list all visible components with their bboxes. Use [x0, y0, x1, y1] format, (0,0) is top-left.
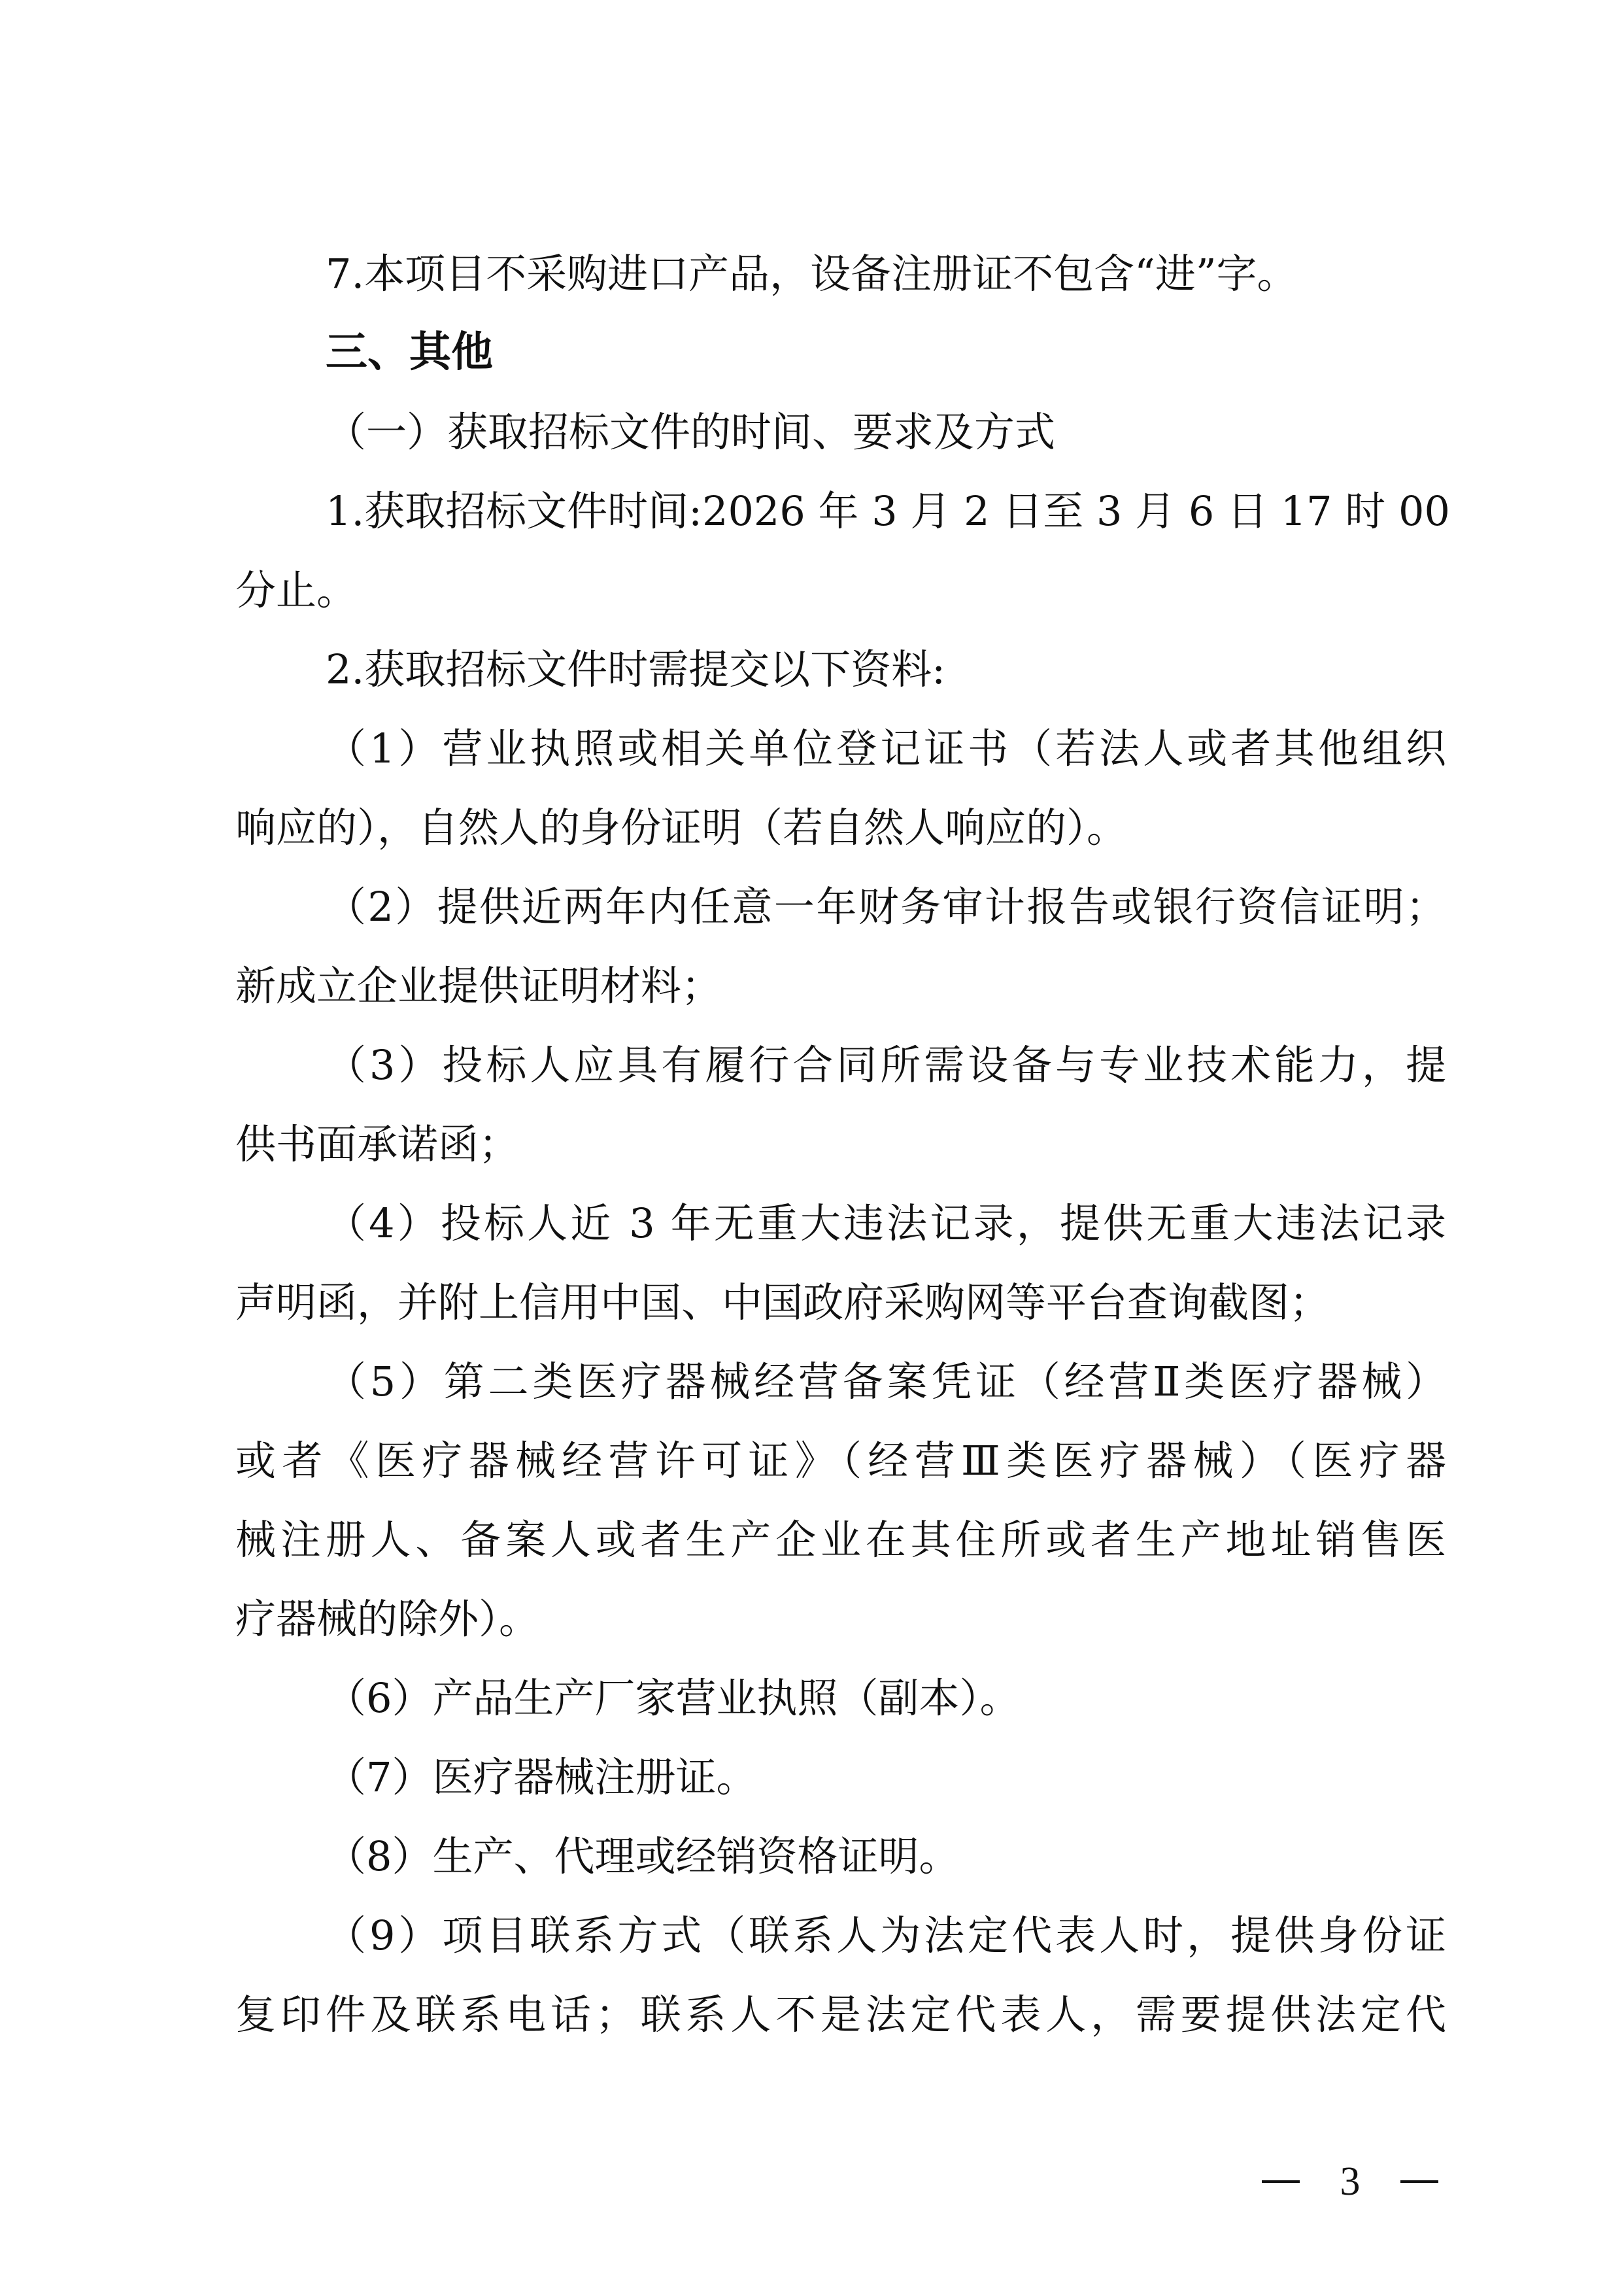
text-line: 响应的），自然人的身份证明（若自然人响应的）。	[235, 788, 1446, 867]
text-line: （5）第二类医疗器械经营备案凭证（经营Ⅱ类医疗器械）	[235, 1342, 1446, 1421]
section-heading: 三、其他	[235, 313, 1446, 392]
text-line: 疗器械的除外）。	[235, 1579, 1446, 1658]
text-line: 分止。	[235, 551, 1446, 630]
text-line: 1.获取招标文件时间:2026 年 3 月 2 日至 3 月 6 日 17 时 …	[235, 472, 1446, 551]
text-line: 复印件及联系电话；联系人不是法定代表人，需要提供法定代	[235, 1975, 1446, 2054]
text-line: （8）生产、代理或经销资格证明。	[235, 1817, 1446, 1896]
text-line: 2.获取招标文件时需提交以下资料:	[235, 630, 1446, 709]
text-line: （9）项目联系方式（联系人为法定代表人时，提供身份证	[235, 1896, 1446, 1975]
page-number-right-dash	[1400, 2180, 1438, 2183]
text-line: （1）营业执照或相关单位登记证书（若法人或者其他组织	[235, 709, 1446, 788]
text-line: （6）产品生产厂家营业执照（副本）。	[235, 1658, 1446, 1738]
text-line: 供书面承诺函；	[235, 1105, 1446, 1184]
page-number-left-dash	[1262, 2180, 1300, 2183]
text-line: （2）提供近两年内任意一年财务审计报告或银行资信证明；	[235, 867, 1446, 946]
text-line: 械注册人、备案人或者生产企业在其住所或者生产地址销售医	[235, 1500, 1446, 1579]
text-line: 7.本项目不采购进口产品，设备注册证不包含“进”字。	[235, 234, 1446, 313]
text-line: （3）投标人应具有履行合同所需设备与专业技术能力，提	[235, 1025, 1446, 1105]
text-line: 声明函，并附上信用中国、中国政府采购网等平台查询截图；	[235, 1263, 1446, 1342]
text-line: （4）投标人近 3 年无重大违法记录，提供无重大违法记录	[235, 1184, 1446, 1263]
text-line: （7）医疗器械注册证。	[235, 1738, 1446, 1817]
page-number-value: 3	[1340, 2159, 1361, 2205]
page-number: 3	[1262, 2155, 1438, 2208]
text-line: （一）获取招标文件的时间、要求及方式	[235, 392, 1446, 472]
document-page: 7.本项目不采购进口产品，设备注册证不包含“进”字。三、其他（一）获取招标文件的…	[0, 0, 1624, 2281]
text-line: 新成立企业提供证明材料；	[235, 946, 1446, 1025]
document-body: 7.本项目不采购进口产品，设备注册证不包含“进”字。三、其他（一）获取招标文件的…	[235, 234, 1446, 2054]
text-line: 或者《医疗器械经营许可证》（经营Ⅲ类医疗器械）（医疗器	[235, 1421, 1446, 1500]
